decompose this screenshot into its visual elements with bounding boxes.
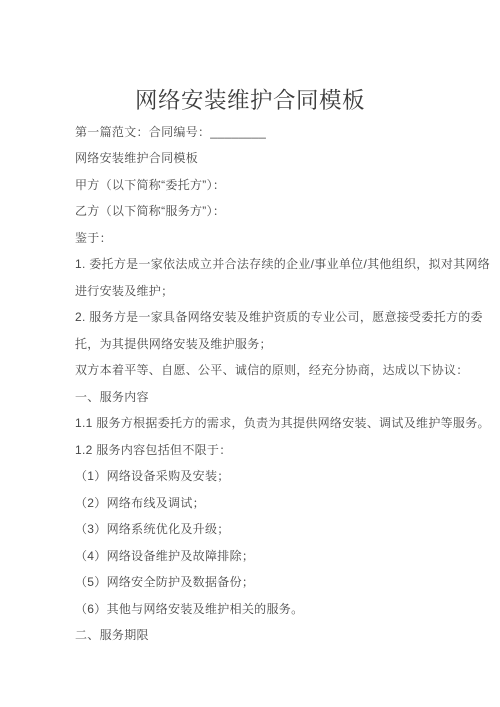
document-line: 鉴于： bbox=[75, 225, 465, 252]
document-line: 1. 委托方是一家依法成立并合法存续的企业/事业单位/其他组织，拟对其网络 bbox=[75, 251, 465, 278]
document-line: 一、服务内容 bbox=[75, 384, 465, 411]
document-line: 网络安装维护合同模板 bbox=[75, 145, 465, 172]
document-body: 第一篇范文：合同编号：________网络安装维护合同模板甲方（以下简称“委托方… bbox=[75, 119, 465, 649]
document-line: 2. 服务方是一家具备网络安装及维护资质的专业公司，愿意接受委托方的委 bbox=[75, 304, 465, 331]
document-line: 托，为其提供网络安装及维护服务； bbox=[75, 331, 465, 358]
document-line: 甲方（以下简称“委托方”）： bbox=[75, 172, 465, 199]
document-line: （4）网络设备维护及故障排除； bbox=[75, 543, 465, 570]
document-title: 网络安装维护合同模板 bbox=[0, 83, 500, 115]
document-line: 1.2 服务内容包括但不限于： bbox=[75, 437, 465, 464]
document-line: （2）网络布线及调试； bbox=[75, 490, 465, 517]
document-line: 1.1 服务方根据委托方的需求，负责为其提供网络安装、调试及维护等服务。 bbox=[75, 410, 465, 437]
document-line: （6）其他与网络安装及维护相关的服务。 bbox=[75, 596, 465, 623]
document-line: 二、服务期限 bbox=[75, 622, 465, 649]
document-page: 网络安装维护合同模板 第一篇范文：合同编号：________网络安装维护合同模板… bbox=[0, 0, 500, 707]
document-line: 第一篇范文：合同编号：________ bbox=[75, 119, 465, 146]
document-line: （1）网络设备采购及安装； bbox=[75, 463, 465, 490]
document-line: （3）网络系统优化及升级； bbox=[75, 516, 465, 543]
document-line: （5）网络安全防护及数据备份； bbox=[75, 569, 465, 596]
document-line: 双方本着平等、自愿、公平、诚信的原则，经充分协商，达成以下协议： bbox=[75, 357, 465, 384]
document-line: 乙方（以下简称“服务方”）： bbox=[75, 198, 465, 225]
document-line: 进行安装及维护； bbox=[75, 278, 465, 305]
